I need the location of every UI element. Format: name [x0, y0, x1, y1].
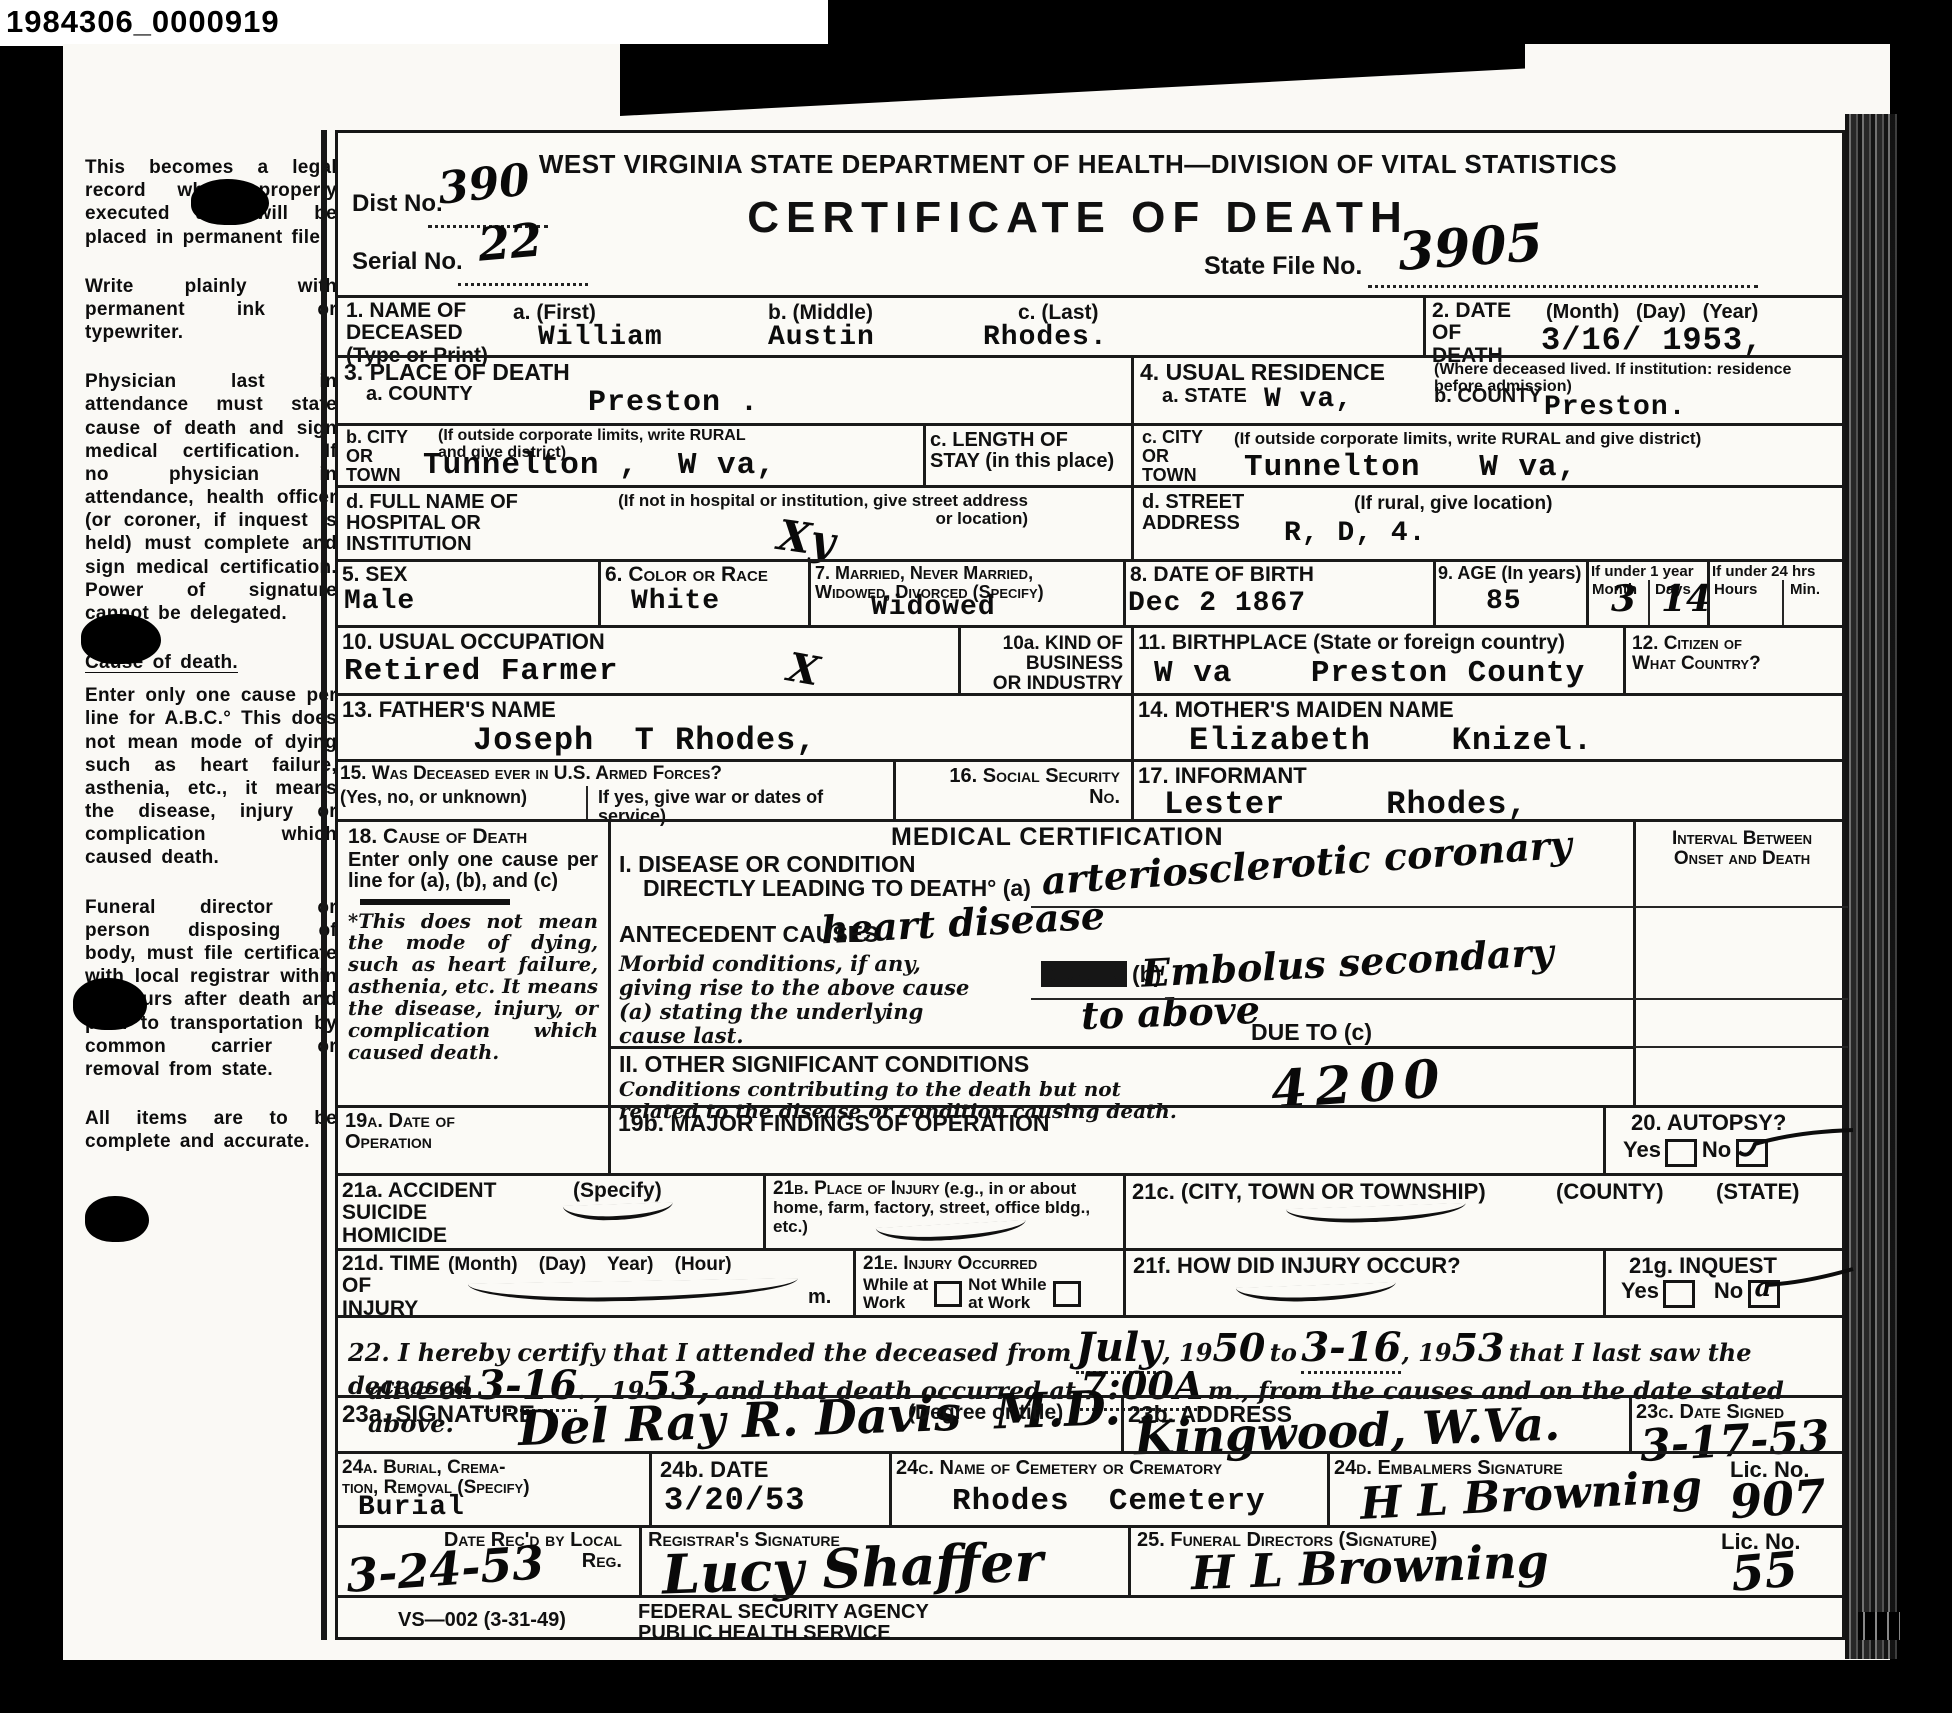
autopsy-yes-checkbox [1665, 1139, 1697, 1167]
field-date-signed: 23c. Date Signed 3-17-53 [1629, 1398, 1848, 1451]
how-injury-label: 21f. HOW DID INJURY OCCUR? [1133, 1254, 1596, 1277]
inquest-no-pen-curve [1765, 1267, 1855, 1293]
date-of-death-columns: (Month) (Day) (Year) [1546, 302, 1758, 323]
form-left-double-rule [321, 130, 327, 1640]
first-name-value: William [538, 322, 663, 353]
morbid-conditions-note: Morbid conditions, if any, giving rise t… [619, 952, 969, 1049]
due-to-b-struck: DUE TO [1041, 961, 1127, 987]
row-hospital-street: d. FULL NAME OF HOSPITAL OR INSTITUTION … [338, 485, 1842, 559]
signature-label: 23a. SIGNATURE [342, 1402, 535, 1427]
row-time-of-injury: 21d. TIME OF INJURY (Month) (Day) Year) … [338, 1248, 1842, 1315]
interval-label: Interval Between Onset and Death [1643, 829, 1841, 869]
injury-county-label: (COUNTY) [1556, 1180, 1664, 1203]
accident-label: 21a. ACCIDENT SUICIDE HOMICIDE [342, 1180, 496, 1247]
field-occupation: 10. USUAL OCCUPATION Retired Farmer X [338, 628, 958, 693]
serial-no-label: Serial No. [352, 249, 463, 274]
field-armed-forces: 15. Was Deceased ever in U.S. Armed Forc… [338, 762, 893, 819]
last-label: c. (Last) [1018, 302, 1099, 324]
field-cemetery: 24c. Name of Cemetery or Crematory Rhode… [889, 1454, 1327, 1525]
row-name: 1. NAME OF DECEASED (Type or Print) a. (… [338, 295, 1842, 355]
occupation-label: 10. USUAL OCCUPATION [342, 630, 605, 653]
ur-county-label: b. COUNTY [1434, 386, 1542, 407]
disease-condition-label2: DIRECTLY LEADING TO DEATH° (a) [643, 876, 1031, 900]
row-place-of-death: 3. PLACE OF DEATH a. COUNTY Preston . 4.… [338, 355, 1842, 423]
row-operation: 19a. Date of Operation 19b. MAJOR FINDIN… [338, 1105, 1842, 1173]
place-of-injury-label: 21b. Place of Injury [773, 1178, 940, 1199]
interval-rule-1 [1633, 906, 1848, 908]
accident-specify: (Specify) [573, 1180, 662, 1202]
autopsy-no-pen-mark [1735, 1130, 1855, 1170]
sidebar-paragraph: Write plainly with permanent ink or type… [85, 275, 337, 345]
color-race-value: White [631, 586, 720, 617]
inquest-yes-checkbox [1663, 1280, 1695, 1308]
ink-blot [191, 179, 269, 225]
field-pod-city: b. CITY OR TOWN (If outside corporate li… [338, 426, 923, 485]
ink-blot [73, 978, 147, 1030]
row-accident: 21a. ACCIDENT SUICIDE HOMICIDE (Specify)… [338, 1173, 1842, 1248]
due-to-c-label: DUE TO (c) [1251, 1020, 1372, 1044]
sex-value: Male [344, 586, 415, 617]
medical-certification-title: MEDICAL CERTIFICATION [891, 824, 1224, 851]
scan-artifact-right-band [1845, 114, 1901, 1659]
cause-b-line1: Embolus secondary [1140, 929, 1555, 996]
field-marital-status: 7. Married, Never Married, Widowed, Divo… [808, 562, 1123, 625]
informant-value: Lester Rhodes, [1164, 786, 1528, 823]
occupation-value: Retired Farmer [344, 654, 618, 689]
armed-forces-label: 15. Was Deceased ever in U.S. Armed Forc… [340, 764, 722, 784]
field-date-of-operation: 19a. Date of Operation [338, 1108, 608, 1173]
ur-city-label: c. CITY OR TOWN [1142, 428, 1203, 485]
ur-city-value: Tunnelton W va, [1244, 450, 1577, 485]
injury-occurred-label: 21e. Injury Occurred [863, 1254, 1116, 1274]
cause-b-line2: to above [1080, 987, 1260, 1038]
pen-dash [876, 1220, 1027, 1244]
field-time-of-injury: 21d. TIME OF INJURY (Month) (Day) Year) … [338, 1251, 853, 1315]
form-header: Dist No. 390 Serial No. 22 WEST VIRGINIA… [338, 133, 1842, 295]
field-under-one-year: If under 1 year Month Days 3 14 [1586, 562, 1707, 625]
time-of-injury-label: 21d. TIME OF INJURY [342, 1253, 440, 1320]
hours-min-divider [1782, 580, 1784, 625]
not-while-at-work-label: Not While at Work [968, 1276, 1046, 1312]
form-number: VS—002 (3-31-49) [398, 1610, 566, 1631]
field-physician-address: 23b. ADDRESS Kingwood, W.Va. [1121, 1398, 1629, 1451]
state-file-no-label: State File No. [1204, 253, 1362, 280]
ink-blot [85, 1196, 149, 1242]
occupation-mark: X [784, 644, 823, 696]
field-place-of-death-county: 3. PLACE OF DEATH a. COUNTY Preston . [338, 358, 1131, 423]
scan-artifact-corner-mark [1858, 1612, 1900, 1640]
pod-county-value: Preston . [588, 386, 759, 420]
other-conditions-divider [611, 1046, 1636, 1049]
field-under-24-hrs: If under 24 hrs Hours Min. [1707, 562, 1848, 625]
field-informant: 17. INFORMANT Lester Rhodes, [1131, 762, 1848, 819]
place-of-death-label: 3. PLACE OF DEATH [344, 360, 570, 384]
injury-city-label: 21c. (CITY, TOWN OR TOWNSHIP) [1132, 1180, 1486, 1203]
burial-date-label: 24b. DATE [660, 1458, 768, 1481]
cause-rule-a [1031, 906, 1636, 908]
ur-city-note: (If outside corporate limits, write RURA… [1234, 430, 1734, 448]
time-of-injury-m: m. [808, 1287, 831, 1308]
sex-label: 5. SEX [342, 564, 407, 586]
row-armed-forces: 15. Was Deceased ever in U.S. Armed Forc… [338, 759, 1842, 819]
autopsy-no-checkbox [1736, 1139, 1768, 1167]
informant-label: 17. INFORMANT [1138, 764, 1307, 787]
agency-line-2: PUBLIC HEALTH SERVICE [638, 1623, 929, 1644]
armed-forces-divider [586, 786, 588, 819]
pod-city-value: Tunnelton , W va, [423, 448, 776, 483]
field-citizen: 12. Citizen of What Country? [1623, 628, 1848, 693]
field-place-of-injury: 21b. Place of Injury (e.g., in or about … [763, 1176, 1123, 1248]
interval-rule-3 [1633, 1046, 1848, 1048]
autopsy-no-label: No [1702, 1137, 1731, 1162]
field-ur-city: c. CITY OR TOWN (If outside corporate li… [1131, 426, 1848, 485]
pen-dash [563, 1202, 673, 1222]
ssn-label: 16. Social Security No. [900, 766, 1120, 808]
age-value: 85 [1486, 586, 1522, 617]
fathers-name-value: Joseph T Rhodes, [473, 722, 816, 759]
burial-value: Burial [358, 1492, 465, 1523]
row-burial: 24a. Burial, Crema- tion, Removal (Speci… [338, 1451, 1842, 1525]
interval-rule-2 [1633, 998, 1848, 1000]
birthplace-label: 11. BIRTHPLACE (State or foreign country… [1138, 632, 1565, 654]
field-social-security: 16. Social Security No. [893, 762, 1131, 819]
months-value: 3 [1611, 578, 1636, 620]
dob-label: 8. DATE OF BIRTH [1130, 564, 1314, 586]
marital-value: Widowed [871, 592, 996, 623]
funeral-director-signature-value: H L Browning [1190, 1534, 1549, 1600]
field-accident-suicide: 21a. ACCIDENT SUICIDE HOMICIDE (Specify) [338, 1176, 763, 1248]
birthplace-value: W va Preston County [1154, 656, 1585, 691]
field-length-of-stay: c. LENGTH OF STAY (in this place) [923, 426, 1131, 485]
ur-state-label: a. STATE [1162, 386, 1247, 407]
field-fathers-name: 13. FATHER'S NAME Joseph T Rhodes, [338, 696, 1131, 759]
field-autopsy: 20. AUTOPSY? Yes No [1603, 1108, 1848, 1173]
field-major-findings: 19b. MAJOR FINDINGS OF OPERATION [608, 1108, 1603, 1173]
field-hospital: d. FULL NAME OF HOSPITAL OR INSTITUTION … [338, 488, 1131, 559]
row-registrar: Date Rec'd by Local Reg. 3-24-53 Registr… [338, 1525, 1842, 1595]
middle-label: b. (Middle) [768, 302, 873, 324]
cause-note-2: *This does not mean the mode of dying, s… [348, 911, 598, 1064]
field-burial-type: 24a. Burial, Crema- tion, Removal (Speci… [338, 1454, 649, 1525]
street-value: R, D, 4. [1284, 518, 1426, 549]
field-age: 9. AGE (In years) 85 [1433, 562, 1586, 625]
row-physician-signature: 23a. SIGNATURE Del Ray R. Davis M.D. . (… [338, 1395, 1842, 1451]
funeral-lic-value: 55 [1729, 1541, 1800, 1603]
cemetery-label: 24c. Name of Cemetery or Crematory [896, 1458, 1222, 1479]
hours-label: Hours [1714, 582, 1757, 598]
not-while-at-work-checkbox [1053, 1281, 1081, 1307]
certificate-document: This becomes a legal record when properl… [63, 44, 1890, 1660]
month-days-divider [1648, 580, 1650, 625]
hospital-label: d. FULL NAME OF HOSPITAL OR INSTITUTION [346, 492, 518, 556]
field-kind-of-business: 10a. KIND OF BUSINESS OR INDUSTRY [958, 628, 1131, 693]
field-date-of-birth: 8. DATE OF BIRTH Dec 2 1867 [1123, 562, 1433, 625]
field-injury-occurred: 21e. Injury Occurred While at Work Not W… [853, 1251, 1123, 1315]
pen-stroke [468, 1278, 798, 1304]
inquest-no-label: No [1714, 1278, 1743, 1303]
serial-no-line [458, 283, 588, 286]
field-usual-residence: 4. USUAL RESIDENCE (Where deceased lived… [1131, 358, 1848, 423]
state-file-no-value: 3905 [1396, 212, 1545, 283]
date-of-operation-label: 19a. Date of Operation [345, 1111, 601, 1153]
ink-blot [81, 614, 161, 664]
cause-note-rule [360, 899, 510, 905]
dob-value: Dec 2 1867 [1128, 588, 1306, 619]
field-sex: 5. SEX Male [338, 562, 598, 625]
pod-county-label: a. COUNTY [366, 384, 473, 405]
field-injury-city: 21c. (CITY, TOWN OR TOWNSHIP) (COUNTY) (… [1123, 1176, 1848, 1248]
agency-block: FEDERAL SECURITY AGENCY PUBLIC HEALTH SE… [638, 1602, 929, 1644]
citizen-label: 12. Citizen of What Country? [1632, 634, 1761, 674]
field-date-received: Date Rec'd by Local Reg. 3-24-53 [338, 1528, 639, 1595]
street-label: d. STREET ADDRESS [1142, 492, 1244, 534]
inquest-yes-label: Yes [1621, 1278, 1659, 1303]
degree-or-title-label: (Degree or title) [908, 1402, 1063, 1424]
disease-condition-label: I. DISEASE OR CONDITION [619, 852, 915, 876]
middle-name-value: Austin [768, 322, 875, 353]
field-cause-of-death-notes: 18. Cause of Death Enter only one cause … [338, 822, 608, 1105]
field-name-of-deceased: 1. NAME OF DECEASED (Type or Print) a. (… [338, 298, 1423, 355]
last-name-value: Rhodes. [983, 322, 1108, 353]
scan-id: 1984306_0000919 [6, 4, 280, 40]
certificate-form: Dist No. 390 Serial No. 22 WEST VIRGINIA… [335, 130, 1845, 1640]
dist-no-label: Dist No. [352, 191, 443, 216]
sidebar-paragraph: Physician last in attendance must state … [85, 370, 337, 625]
cemetery-value: Rhodes Cemetery [952, 1484, 1266, 1519]
field-inquest: 21g. INQUEST Yes No a [1603, 1251, 1848, 1315]
ur-county-value: Preston. [1544, 392, 1686, 423]
row-medical-certification: 18. Cause of Death Enter only one cause … [338, 819, 1842, 1105]
field-registrar-signature: Registrar's Signature Lucy Shaffer [639, 1528, 1128, 1595]
row-parents: 13. FATHER'S NAME Joseph T Rhodes, 14. M… [338, 693, 1842, 759]
fathers-name-label: 13. FATHER'S NAME [342, 698, 556, 721]
antecedent-causes-label: ANTECEDENT CAUSES [619, 922, 878, 946]
armed-forces-sub1: (Yes, no, or unknown) [340, 788, 527, 807]
date-of-death-value: 3/16/ 1953, [1541, 322, 1763, 359]
certificate-title: CERTIFICATE OF DEATH [638, 195, 1518, 242]
row-form-footer: VS—002 (3-31-49) FEDERAL SECURITY AGENCY… [338, 1595, 1842, 1643]
sidebar-paragraph: All items are to be complete and accurat… [85, 1107, 337, 1153]
field-embalmer: 24d. Embalmers Signature Lic. No. H L Br… [1327, 1454, 1848, 1525]
pod-city-label: b. CITY OR TOWN [346, 428, 408, 485]
color-race-label: 6. Color or Race [605, 564, 768, 586]
inquest-no-checkbox: a [1748, 1280, 1780, 1308]
first-label: a. (First) [513, 302, 596, 324]
scan-artifact-top-wedge [620, 44, 1525, 116]
ur-state-value: W va, [1264, 384, 1353, 415]
mothers-name-value: Elizabeth Knizel. [1189, 722, 1593, 759]
field-medical-certification: MEDICAL CERTIFICATION I. DISEASE OR COND… [608, 822, 1633, 1105]
while-at-work-label: While at Work [863, 1276, 928, 1312]
field-burial-date: 24b. DATE 3/20/53 [649, 1454, 889, 1525]
agency-line-1: FEDERAL SECURITY AGENCY [638, 1602, 929, 1623]
cause-note-1: Enter only one cause per line for (a), (… [348, 850, 598, 892]
burial-date-value: 3/20/53 [664, 1482, 805, 1519]
field-birthplace: 11. BIRTHPLACE (State or foreign country… [1131, 628, 1623, 693]
pen-dash [1286, 1203, 1466, 1225]
days-value: 14 [1661, 578, 1711, 620]
field-date-of-death: 2. DATE OF DEATH (Month) (Day) (Year) 3/… [1423, 298, 1848, 355]
street-note: (If rural, give location) [1354, 494, 1552, 514]
usual-residence-label: 4. USUAL RESIDENCE [1140, 360, 1385, 384]
field-physician-signature: 23a. SIGNATURE Del Ray R. Davis M.D. . (… [338, 1398, 1121, 1451]
injury-state-label: (STATE) [1716, 1180, 1800, 1203]
field-street-address: d. STREET ADDRESS (If rural, give locati… [1131, 488, 1848, 559]
serial-no-value: 22 [476, 212, 544, 271]
other-significant-label: II. OTHER SIGNIFICANT CONDITIONS [619, 1052, 1029, 1076]
cause-rule-b [1031, 998, 1636, 1000]
under-24-label: If under 24 hrs [1712, 564, 1815, 580]
scan-top-strip: 1984306_0000919 [0, 0, 828, 46]
mothers-name-label: 14. MOTHER'S MAIDEN NAME [1138, 698, 1454, 721]
department-title: WEST VIRGINIA STATE DEPARTMENT OF HEALTH… [488, 151, 1668, 179]
row-sex-race-birth: 5. SEX Male 6. Color or Race White 7. Ma… [338, 559, 1842, 625]
sidebar-paragraph: Enter only one cause per line for A.B.C.… [85, 684, 337, 869]
min-label: Min. [1790, 582, 1820, 598]
major-findings-label: 19b. MAJOR FINDINGS OF OPERATION [618, 1111, 1596, 1135]
field-funeral-director: 25. Funeral Directors (Signature) Lic. N… [1128, 1528, 1848, 1595]
field-color-race: 6. Color or Race White [598, 562, 808, 625]
time-of-injury-cols: (Month) (Day) Year) (Hour) [448, 1255, 732, 1275]
field-mothers-maiden-name: 14. MOTHER'S MAIDEN NAME Elizabeth Knize… [1131, 696, 1848, 759]
cause-of-death-label: 18. Cause of Death [348, 826, 598, 848]
pen-dash [1236, 1282, 1396, 1304]
field-interval-onset-death: Interval Between Onset and Death [1633, 822, 1848, 1105]
row-occupation-birthplace: 10. USUAL OCCUPATION Retired Farmer X 10… [338, 625, 1842, 693]
field-how-injury-occurred: 21f. HOW DID INJURY OCCUR? [1123, 1251, 1603, 1315]
state-file-no-line [1368, 285, 1758, 288]
kind-of-business-label: 10a. KIND OF BUSINESS OR INDUSTRY [963, 634, 1123, 694]
scanned-page: 1984306_0000919 This becomes a legal rec… [0, 0, 1952, 1713]
autopsy-yes-label: Yes [1623, 1137, 1661, 1162]
while-at-work-checkbox [934, 1281, 962, 1307]
age-label: 9. AGE (In years) [1438, 564, 1581, 583]
row-city-town: b. CITY OR TOWN (If outside corporate li… [338, 423, 1842, 485]
length-of-stay-label: c. LENGTH OF STAY (in this place) [930, 430, 1114, 472]
embalmer-lic-value: 907 [1728, 1469, 1828, 1530]
